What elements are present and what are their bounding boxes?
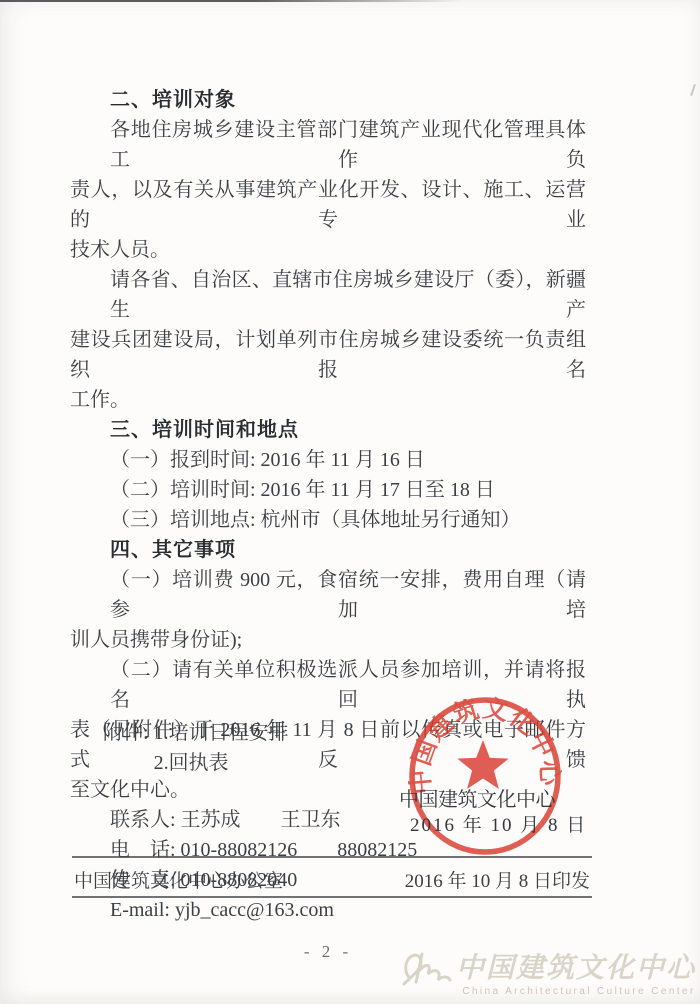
attachments-block: 附件: 1.培训日程安排2.回执表 xyxy=(103,718,289,778)
text-line: E-mail: yjb_cacc@163.com xyxy=(70,895,586,925)
text-line: 工作。 xyxy=(70,385,586,415)
signature-org: 中国建筑文化中心 xyxy=(399,783,555,812)
text-line: 三、培训时间和地点 xyxy=(70,415,586,445)
attachments-list: 1.培训日程安排2.回执表 xyxy=(154,718,289,778)
scan-artifact-top-edge xyxy=(0,0,462,2)
attachments-label: 附件: xyxy=(103,718,154,778)
attachment-item: 1.培训日程安排 xyxy=(154,718,289,748)
text-line: 请各省、自治区、直辖市住房城乡建设厅（委），新疆生产 xyxy=(70,265,586,325)
text-line: 训人员携带身份证); xyxy=(70,625,586,655)
text-line: （一）报到时间: 2016 年 11 月 16 日 xyxy=(70,445,586,475)
signature-date: 2016 年 10 月 8 日 xyxy=(410,810,587,837)
watermark-cn-text: 中国建筑文化中心 xyxy=(456,946,696,986)
attachment-item: 2.回执表 xyxy=(154,748,289,778)
text-line: 四、其它事项 xyxy=(70,535,586,565)
footer-rule-top xyxy=(72,856,592,858)
text-line: （三）培训地点: 杭州市（具体地址另行通知） xyxy=(70,505,586,535)
text-line: 责人，以及有关从事建筑产业化开发、设计、施工、运营的专业 xyxy=(70,175,586,235)
scan-artifact-right-edge xyxy=(690,84,696,96)
document-page: 二、培训对象各地住房城乡建设主管部门建筑产业现代化管理具体工作负责人，以及有关从… xyxy=(0,0,700,1004)
text-line: 技术人员。 xyxy=(70,235,586,265)
stamp-star-icon xyxy=(457,740,508,789)
text-line: 二、培训对象 xyxy=(70,85,586,115)
watermark: 中国建筑文化中心 China Architectural Culture Cen… xyxy=(400,944,700,997)
footer-print-date: 2016 年 10 月 8 日印发 xyxy=(405,866,590,893)
footer: 中国建筑文化中心办公室 2016 年 10 月 8 日印发 xyxy=(74,866,590,893)
text-line: 建设兵团建设局，计划单列市住房城乡建设委统一负责组织报名 xyxy=(70,325,586,385)
footer-issuing-office: 中国建筑文化中心办公室 xyxy=(74,866,283,893)
footer-rule-bottom xyxy=(72,896,592,898)
text-line: （一）培训费 900 元，食宿统一安排，费用自理（请参加培 xyxy=(70,565,586,625)
text-line: （二）培训时间: 2016 年 11 月 17 日至 18 日 xyxy=(70,475,586,505)
watermark-logo-icon xyxy=(400,944,456,988)
text-line: 各地住房城乡建设主管部门建筑产业现代化管理具体工作负 xyxy=(70,115,586,175)
